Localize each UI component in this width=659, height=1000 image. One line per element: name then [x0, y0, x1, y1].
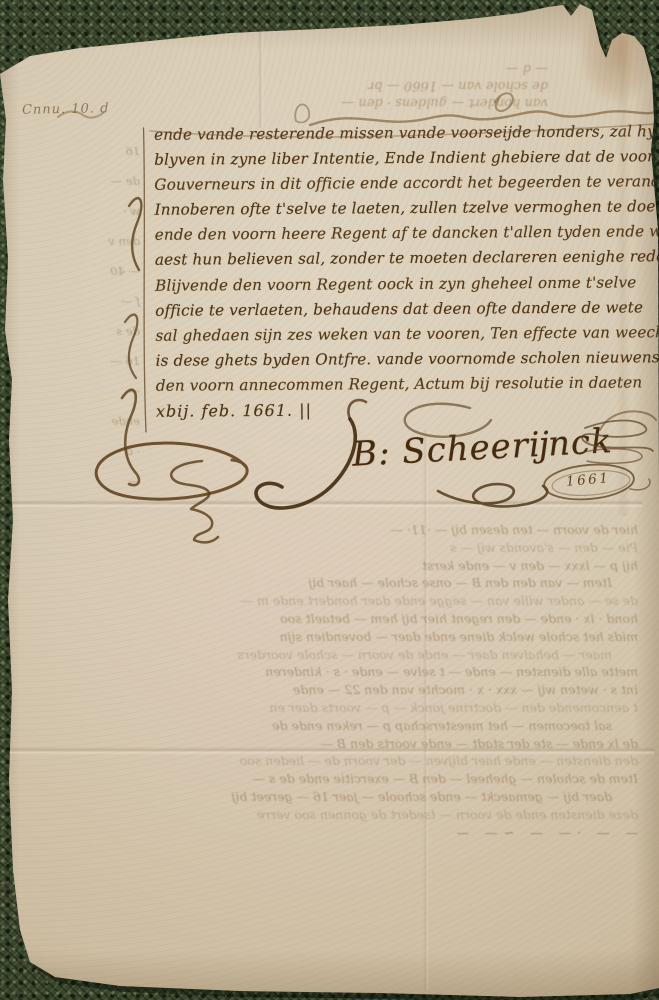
manuscript-line: den voorn annecommen Regent, Actum bij r…	[156, 370, 650, 399]
bleedthrough-line: Item — van den den B — onse schole — hae…	[20, 574, 638, 592]
bleedthrough-line: Pie — den — s'avonds wij — s	[20, 539, 638, 557]
manuscript-body: ende vande resterende missen vande voors…	[154, 119, 650, 424]
vertical-fold-crease	[423, 430, 429, 990]
manuscript-line: aest hun believen sal, zonder te moeten …	[155, 245, 649, 274]
bleedthrough-fragment: — 40	[14, 256, 140, 286]
bleedthrough-line: hier de voorn — ten desen bij — ·11· —	[20, 521, 638, 539]
bleedthrough-line: int s · weten wij — xxx · x · mochte van…	[20, 681, 638, 699]
bleedthrough-line: de se — ander wille van — segge ende dae…	[20, 592, 638, 610]
manuscript-line: is dese ghets byden Ontfre. vande voorno…	[156, 345, 650, 374]
bleedthrough-fragment: 16 —	[14, 346, 140, 376]
faded-margin-note: Cnnu. 10. d	[22, 101, 110, 118]
manuscript-line: ende den voorn heere Regent af te dancke…	[155, 220, 649, 249]
bleedthrough-line: — d —	[218, 60, 548, 77]
bleedthrough-line: mids het schole welck diene ende daer — …	[20, 628, 638, 646]
bleedthrough-line: van hondert — guldens · den —	[218, 94, 548, 111]
bleedthrough-line: daer bij — gemaeckt — ende schoole — jae…	[20, 788, 638, 806]
manuscript-line: Gouverneurs in dit officie ende accordt …	[154, 169, 648, 198]
bleedthrough-line: de lx ende — ste der stadt — ende voorts…	[20, 735, 638, 753]
bleedthrough-line: t aencomende den — doctrine jonck — p — …	[20, 699, 638, 717]
bleedthrough-fragment: ſ —	[14, 286, 140, 316]
signature-name: B: Scheerĳnck	[351, 421, 613, 475]
manuscript-line: xbij. feb. 1661. ||	[156, 395, 650, 424]
bleedthrough-fragment: · d ·	[14, 436, 140, 466]
bleedthrough-fragment: —	[14, 466, 140, 496]
manuscript-line: blyven in zyne liber Intentie, Ende Indi…	[154, 144, 648, 173]
bleedthrough-line: deze diensten ende de voorn — tsedert de…	[20, 806, 638, 824]
bleedthrough-line: maer — behalven daer — ende de voorn — s…	[20, 646, 638, 664]
bleedthrough-fragment: de —	[14, 166, 140, 196]
photo-scene: van hondert — guldens · den —de schole v…	[0, 0, 659, 1000]
margin-rule-flourish	[122, 128, 146, 485]
bleedthrough-line: Item de scholen — gheheel — den B — exer…	[20, 770, 638, 788]
bleedthrough-left-column: 16de —w ·den v— 40ſ —de s16 ——ende· d ·—	[14, 136, 140, 496]
manuscript-line: ende vande resterende missen vande voors…	[154, 119, 648, 148]
signature-paraph	[96, 443, 247, 542]
bleedthrough-top: van hondert — guldens · den —de schole v…	[218, 60, 548, 111]
manuscript-paper: van hondert — guldens · den —de schole v…	[0, 0, 659, 1000]
bleedthrough-fragment: w ·	[14, 196, 140, 226]
manuscript-line: Innoberen ofte t'selve te laeten, zullen…	[154, 195, 648, 224]
signature-underline-flourish	[438, 484, 547, 506]
horizontal-fold-crease	[6, 747, 654, 755]
signature-year: 1661	[565, 470, 611, 490]
bleedthrough-fragment: 16	[14, 136, 140, 166]
horizontal-fold-crease	[10, 500, 642, 508]
manuscript-line: officie te verlaeten, behaudens dat deen…	[155, 295, 649, 324]
bleedthrough-fragment: den v	[14, 226, 140, 256]
bleedthrough-fragment: de s	[14, 316, 140, 346]
manuscript-line: Blijvende den voorn Regent oock in zyn g…	[155, 270, 649, 299]
bleedthrough-lower: hier de voorn — ten desen bij — ·11· —Pi…	[20, 521, 638, 841]
bleedthrough-line: de schole van — 1660 — br	[218, 77, 548, 94]
bleedthrough-line: hond · lx · ende — den regent hier bij h…	[20, 610, 638, 628]
manuscript-line: sal ghedaen sijn zes weken van te vooren…	[155, 320, 649, 349]
bleedthrough-line: den diensten — ende haer blijven — der v…	[20, 752, 638, 770]
vertical-fold-crease	[258, 6, 264, 128]
bleedthrough-line: — — ·— — ~— —	[20, 824, 638, 842]
bleedthrough-fragment: —	[14, 376, 140, 406]
bleedthrough-line: sal toecomen — het meesterschap p — reke…	[20, 717, 638, 735]
bleedthrough-fragment: ende	[14, 406, 140, 436]
bleedthrough-line: hij p — lxxx — den v — ende kerst	[20, 557, 638, 575]
bleedthrough-line: mette alle diensten — ende — t selve — e…	[20, 663, 638, 681]
